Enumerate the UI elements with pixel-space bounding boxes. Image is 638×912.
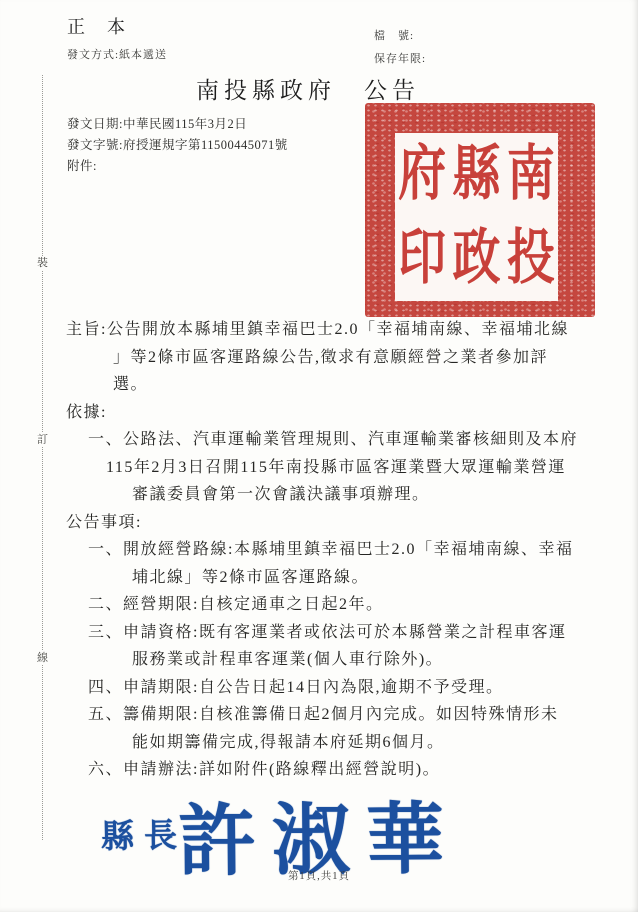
body-line: 主旨:公告開放本縣埔里鎮幸福巴士2.0「幸福埔南線、幸福埔北線 xyxy=(66,316,576,344)
copy-type-label: 正 本 xyxy=(67,13,127,39)
binding-mark-ding: 訂 xyxy=(35,433,50,447)
delivery-method-label: 發文方式:紙本遞送 xyxy=(67,46,167,62)
doc-number: 發文字號:府授運規字第11500445071號 xyxy=(67,135,288,153)
body-line: 埔北線」等2條市區客運路線。 xyxy=(132,564,576,592)
body-line: 三、申請資格:既有客運業者或依法可於本縣營業之計程車客運 xyxy=(88,619,576,647)
body-line: 服務業或計程車客運業(個人車行除外)。 xyxy=(132,646,576,674)
body-line: 五、籌備期限:自核准籌備日起2個月內完成。如因特殊情形未 xyxy=(88,701,576,729)
seal-character: 投 xyxy=(504,207,558,312)
body-line: 公告事項: xyxy=(66,509,576,537)
binding-mark-zhuang: 裝 xyxy=(35,256,50,270)
body-line: 選。 xyxy=(113,371,576,399)
binding-dotted-line xyxy=(42,75,43,840)
official-seal-inner: 府 縣 南 印 政 投 xyxy=(395,133,558,301)
body-line: 一、開放經營路線:本縣埔里鎮幸福巴士2.0「幸福埔南線、幸福 xyxy=(88,536,576,564)
issue-date: 發文日期:中華民國115年3月2日 xyxy=(67,114,247,132)
body-line: 115年2月3日召開115年南投縣市區客運業暨大眾運輸業營運 xyxy=(106,454,576,482)
document-page: 裝 訂 線 正 本 發文方式:紙本遞送 檔 號: 保存年限: 南投縣政府 公告 … xyxy=(0,0,638,912)
seal-character: 印 xyxy=(395,207,449,312)
official-seal: 府 縣 南 印 政 投 xyxy=(365,103,595,317)
body-line: 能如期籌備完成,得報請本府延期6個月。 xyxy=(132,729,576,757)
page-number-footer: 第1頁,共1頁 xyxy=(0,868,638,883)
announcement-body: 主旨:公告開放本縣埔里鎮幸福巴士2.0「幸福埔南線、幸福埔北線」等2條市區客運路… xyxy=(66,316,576,784)
body-line: 」等2條市區客運路線公告,徵求有意願經營之業者參加評 xyxy=(113,344,576,372)
page-title: 南投縣政府 公告 xyxy=(0,72,616,105)
file-number-label: 檔 號: xyxy=(374,27,414,43)
retention-period-label: 保存年限: xyxy=(374,50,426,66)
body-line: 四、申請期限:自公告日起14日內為限,逾期不予受理。 xyxy=(88,674,576,702)
body-line: 一、公路法、汽車運輸業管理規則、汽車運輸業審核細則及本府 xyxy=(88,426,576,454)
magistrate-title-stamp: 縣長 xyxy=(101,809,188,857)
body-line: 審議委員會第一次會議決議事項辦理。 xyxy=(132,481,576,509)
attachment-label: 附件: xyxy=(67,156,97,174)
seal-character: 政 xyxy=(449,207,503,312)
body-line: 二、經營期限:自核定通車之日起2年。 xyxy=(88,591,576,619)
body-line: 依據: xyxy=(66,399,576,427)
binding-mark-xian: 線 xyxy=(35,651,50,665)
